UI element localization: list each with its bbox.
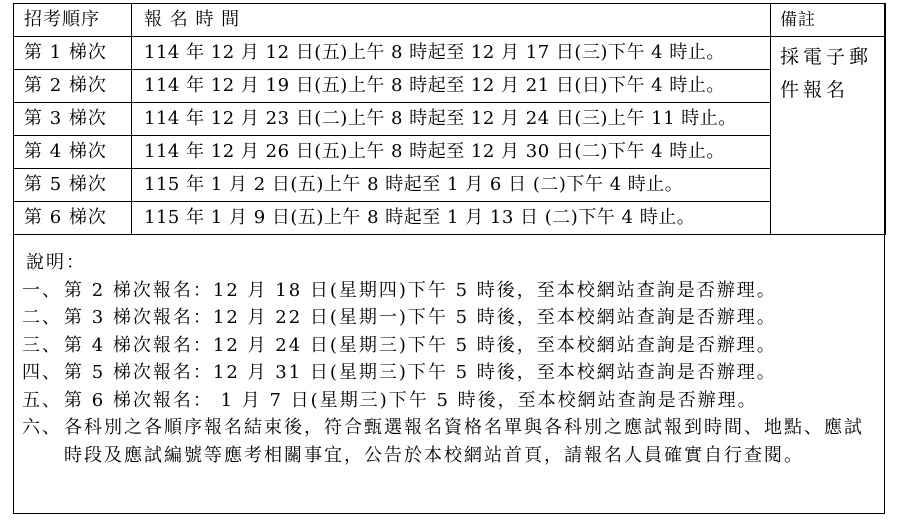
note-item: 四、 第 5 梯次報名：12 月 31 日(星期三)下午 5 時後，至本校網站查…: [22, 359, 876, 387]
row-time: 114 年 12 月 26 日(五)上午 8 時起至 12 月 30 日(二)下…: [132, 136, 771, 169]
note-number: 六、: [22, 414, 64, 469]
table-row: 第 5 梯次 115 年 1 月 2 日(五)上午 8 時起至 1 月 6 日 …: [14, 169, 886, 202]
note-number: 二、: [22, 304, 64, 332]
row-order: 第 2 梯次: [14, 70, 132, 103]
note-text: 各科別之各順序報名結束後，符合甄選報名資格名單與各科別之應試報到時間、地點、應試…: [64, 414, 876, 469]
table-row: 第 4 梯次 114 年 12 月 26 日(五)上午 8 時起至 12 月 3…: [14, 136, 886, 169]
row-order: 第 1 梯次: [14, 37, 132, 70]
row-time: 114 年 12 月 23 日(二)上午 8 時起至 12 月 24 日(三)上…: [132, 103, 771, 136]
table-header-row: 招考順序 報 名 時 間 備註: [14, 4, 886, 37]
notes-title: 說明：: [22, 249, 876, 277]
row-time: 114 年 12 月 19 日(五)上午 8 時起至 12 月 21 日(日)下…: [132, 70, 771, 103]
registration-schedule-document: 招考順序 報 名 時 間 備註 第 1 梯次 114 年 12 月 12 日(五…: [13, 3, 885, 514]
remark-cell: 採電子郵件報名: [771, 37, 886, 235]
note-item: 一、 第 2 梯次報名：12 月 18 日(星期四)下午 5 時後，至本校網站查…: [22, 277, 876, 305]
row-order: 第 6 梯次: [14, 202, 132, 235]
row-order: 第 5 梯次: [14, 169, 132, 202]
table-row: 第 3 梯次 114 年 12 月 23 日(二)上午 8 時起至 12 月 2…: [14, 103, 886, 136]
row-order: 第 3 梯次: [14, 103, 132, 136]
note-item: 六、 各科別之各順序報名結束後，符合甄選報名資格名單與各科別之應試報到時間、地點…: [22, 414, 876, 469]
note-text: 第 6 梯次報名： 1 月 7 日(星期三)下午 5 時後，至本校網站查詢是否辦…: [64, 387, 876, 415]
note-text: 第 4 梯次報名：12 月 24 日(星期三)下午 5 時後，至本校網站查詢是否…: [64, 332, 876, 360]
note-number: 三、: [22, 332, 64, 360]
notes-section: 說明： 一、 第 2 梯次報名：12 月 18 日(星期四)下午 5 時後，至本…: [14, 243, 884, 469]
registration-schedule-table: 招考順序 報 名 時 間 備註 第 1 梯次 114 年 12 月 12 日(五…: [13, 3, 886, 235]
table-row: 第 2 梯次 114 年 12 月 19 日(五)上午 8 時起至 12 月 2…: [14, 70, 886, 103]
header-registration-time: 報 名 時 間: [132, 4, 771, 37]
note-text: 第 3 梯次報名：12 月 22 日(星期一)下午 5 時後，至本校網站查詢是否…: [64, 304, 876, 332]
table-row: 第 1 梯次 114 年 12 月 12 日(五)上午 8 時起至 12 月 1…: [14, 37, 886, 70]
note-item: 三、 第 4 梯次報名：12 月 24 日(星期三)下午 5 時後，至本校網站查…: [22, 332, 876, 360]
note-number: 一、: [22, 277, 64, 305]
table-row: 第 6 梯次 115 年 1 月 9 日(五)上午 8 時起至 1 月 13 日…: [14, 202, 886, 235]
row-time: 115 年 1 月 2 日(五)上午 8 時起至 1 月 6 日 (二)下午 4…: [132, 169, 771, 202]
row-time: 114 年 12 月 12 日(五)上午 8 時起至 12 月 17 日(三)下…: [132, 37, 771, 70]
note-text: 第 2 梯次報名：12 月 18 日(星期四)下午 5 時後，至本校網站查詢是否…: [64, 277, 876, 305]
row-time: 115 年 1 月 9 日(五)上午 8 時起至 1 月 13 日 (二)下午 …: [132, 202, 771, 235]
header-remark: 備註: [771, 4, 886, 37]
note-item: 二、 第 3 梯次報名：12 月 22 日(星期一)下午 5 時後，至本校網站查…: [22, 304, 876, 332]
note-item: 五、 第 6 梯次報名： 1 月 7 日(星期三)下午 5 時後，至本校網站查詢…: [22, 387, 876, 415]
note-text: 第 5 梯次報名：12 月 31 日(星期三)下午 5 時後，至本校網站查詢是否…: [64, 359, 876, 387]
header-order: 招考順序: [14, 4, 132, 37]
row-order: 第 4 梯次: [14, 136, 132, 169]
note-number: 四、: [22, 359, 64, 387]
note-number: 五、: [22, 387, 64, 415]
